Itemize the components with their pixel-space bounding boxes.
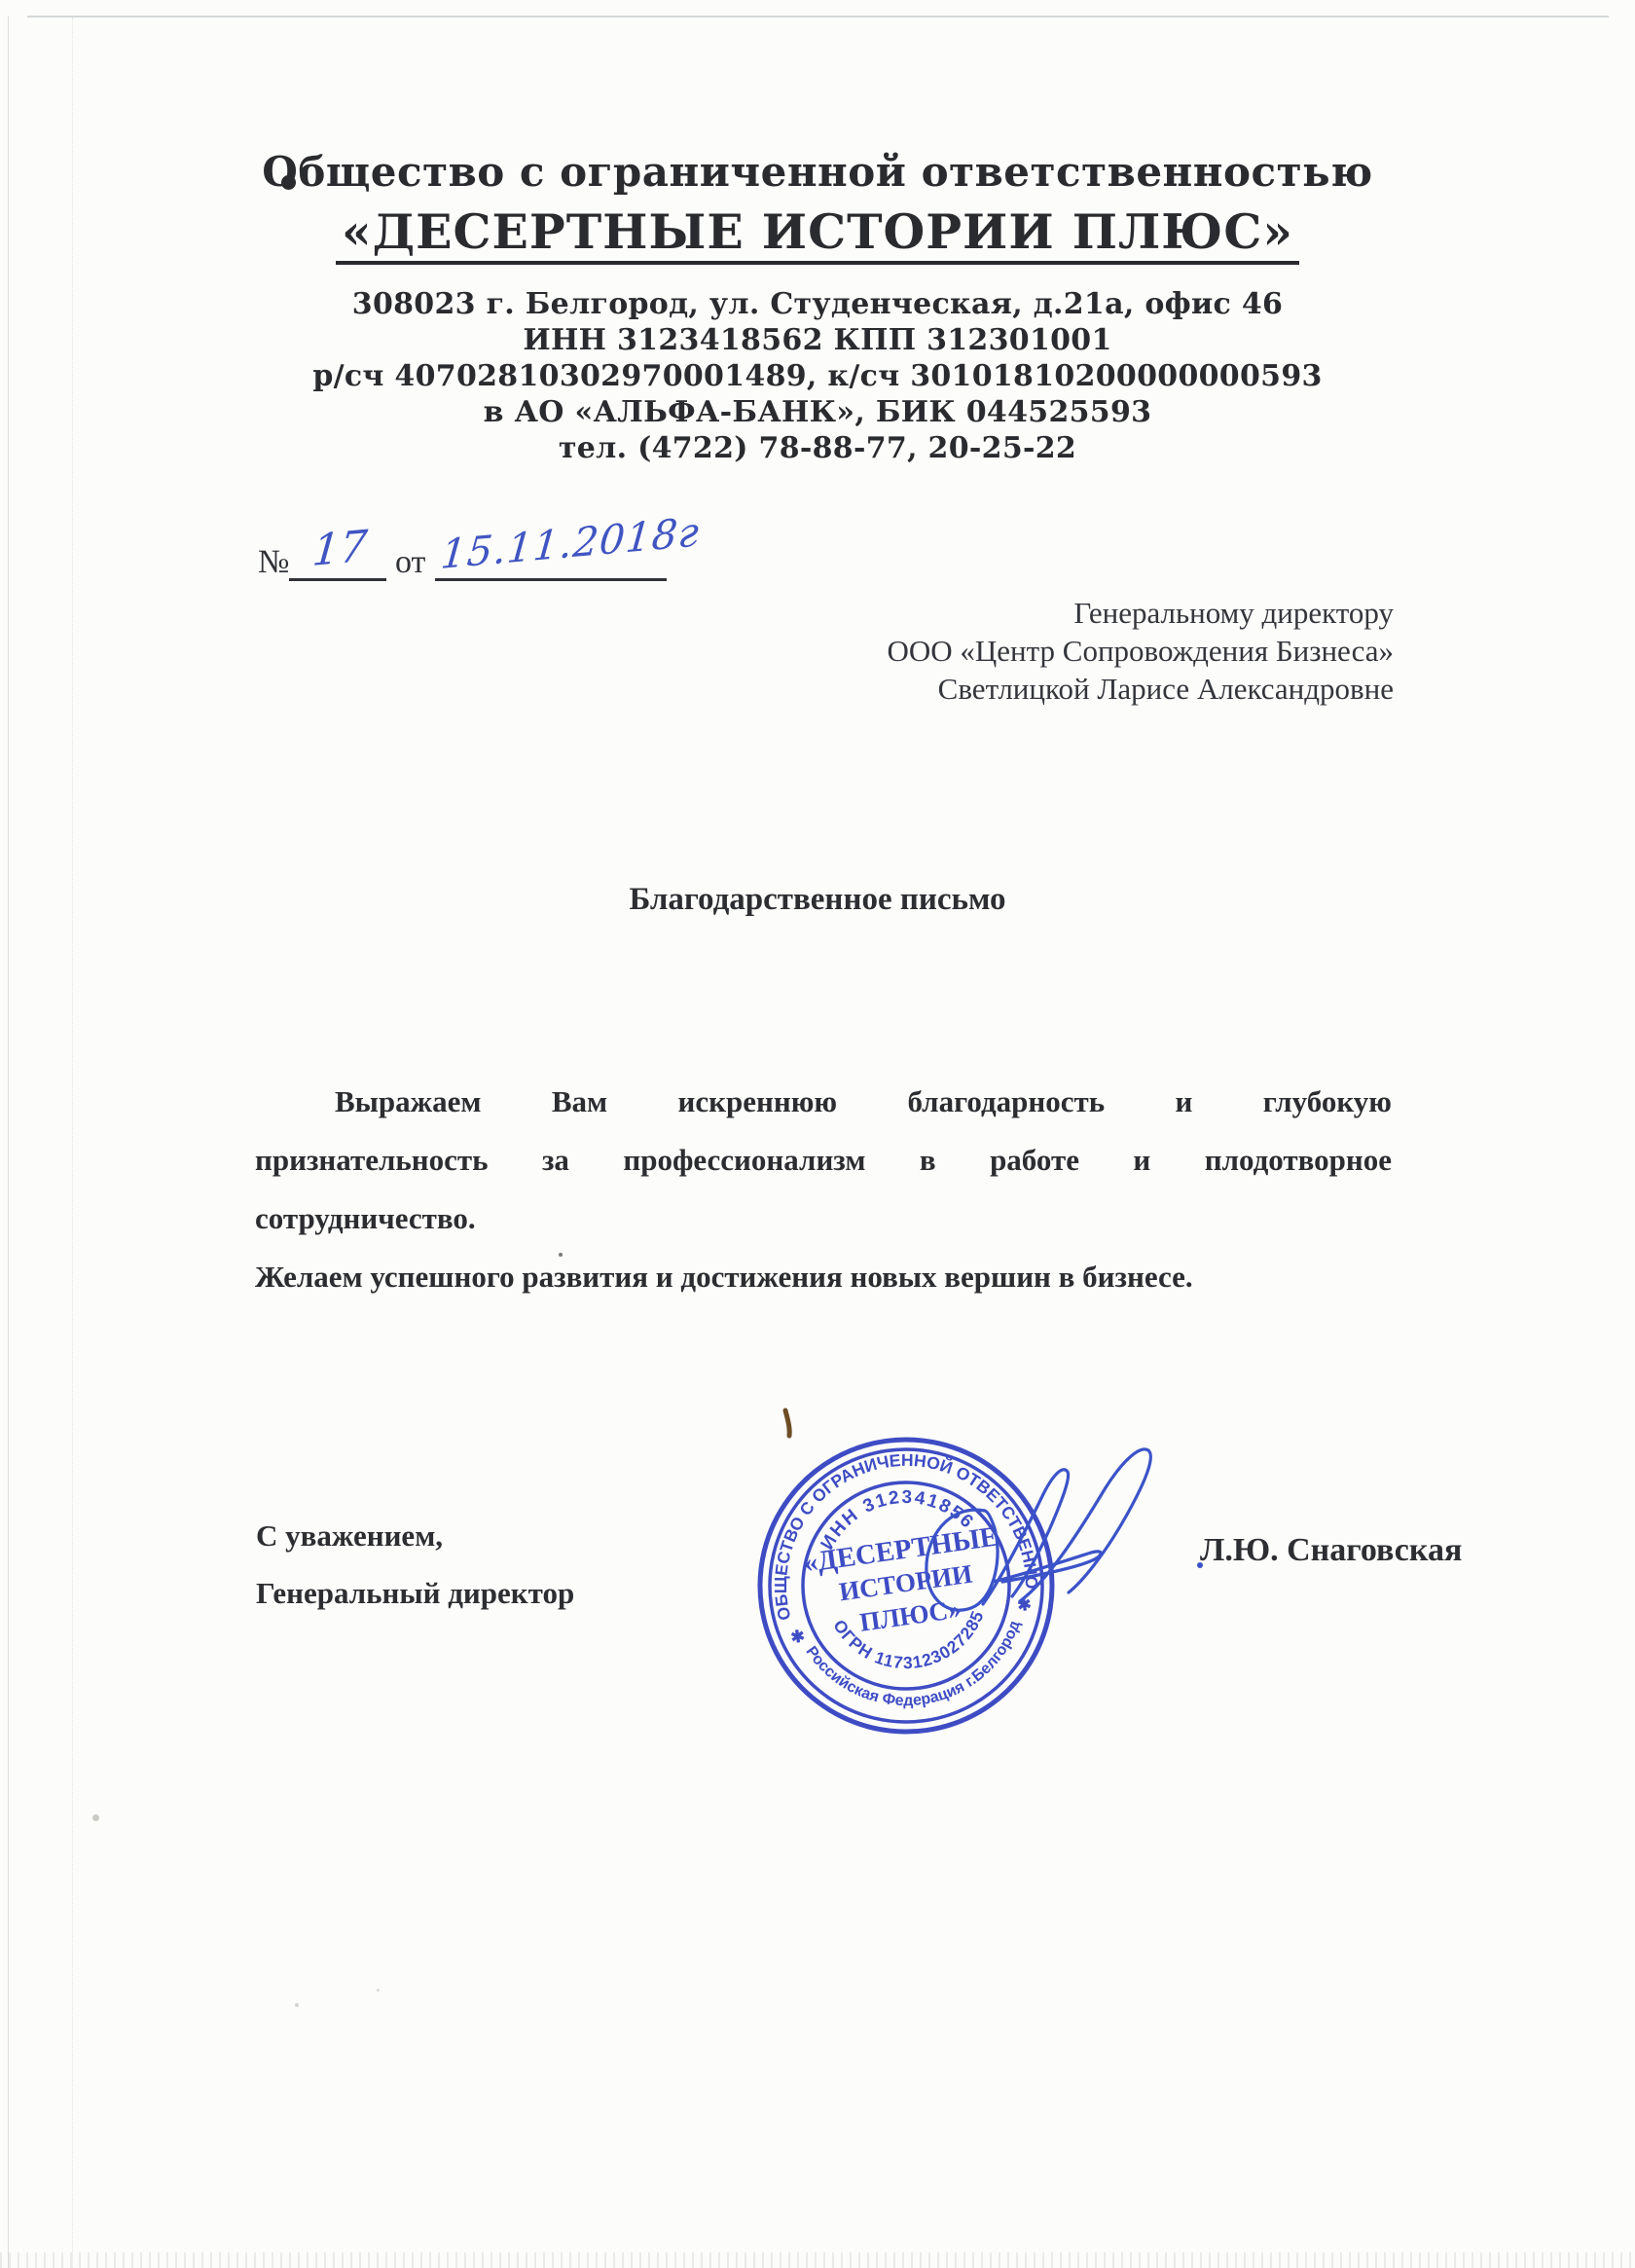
letterhead: Общество с ограниченной ответственностью… <box>0 148 1635 466</box>
org-type-line: Общество с ограниченной ответственностью <box>0 148 1635 197</box>
word: искреннюю <box>678 1082 838 1121</box>
reference-line: №17 от15.11.2018г <box>258 541 667 581</box>
handwritten-number: 17 <box>310 522 369 576</box>
speck-artifact <box>92 1814 99 1821</box>
pen-tick-artifact <box>785 1410 789 1436</box>
letterhead-inn-kpp: ИНН 3123418562 КПП 312301001 <box>0 322 1635 358</box>
number-label: № <box>258 544 289 580</box>
recipient-title: Генеральному директору <box>887 594 1394 632</box>
word: плодотворное <box>1205 1141 1392 1180</box>
scan-border-top <box>27 16 1609 18</box>
letterhead-bank: в АО «АЛЬФА-БАНК», БИК 044525593 <box>0 394 1635 430</box>
recipient-company: ООО «Центр Сопровождения Бизнеса» <box>887 632 1394 670</box>
word: и <box>1176 1082 1193 1121</box>
handwritten-date: 15.11.2018г <box>439 508 702 578</box>
date-blank: 15.11.2018г <box>435 541 667 581</box>
letter-subject: Благодарственное письмо <box>0 882 1635 918</box>
word: профессионализм <box>623 1141 865 1180</box>
body-line: признательностьзапрофессионализмвработеи… <box>255 1121 1392 1180</box>
org-name: «ДЕСЕРТНЫЕ ИСТОРИИ ПЛЮС» <box>336 204 1299 265</box>
letter-body: ВыражаемВамискреннююблагодарностьиглубок… <box>255 1063 1392 1297</box>
letterhead-accounts: р/сч 40702810302970001489, к/сч 30101810… <box>0 358 1635 394</box>
word: и <box>1133 1141 1150 1180</box>
scanned-letter-page: Общество с ограниченной ответственностью… <box>0 0 1635 2268</box>
word: признательность <box>255 1141 489 1180</box>
closing-salutation: С уважением, <box>256 1507 574 1564</box>
word: благодарность <box>907 1082 1105 1121</box>
letterhead-address: 308023 г. Белгород, ул. Студенческая, д.… <box>0 286 1635 322</box>
recipient-person: Светлицкой Ларисе Александровне <box>887 670 1394 708</box>
speck-artifact <box>295 2003 299 2007</box>
recipient-block: Генеральному директору ООО «Центр Сопров… <box>887 594 1394 708</box>
body-paragraph-2: Желаем успешного развития и достижения н… <box>255 1238 1392 1297</box>
body-line: ВыражаемВамискреннююблагодарностьиглубок… <box>255 1063 1392 1121</box>
signer-name: Л.Ю. Снаговская <box>1200 1532 1462 1569</box>
word: работе <box>990 1141 1079 1180</box>
closing-block: С уважением, Генеральный директор <box>256 1507 574 1622</box>
stamp-star-left: ✱ <box>789 1627 806 1647</box>
speck-artifact <box>377 1989 380 1992</box>
stamp-and-signature: ОБЩЕСТВО С ОГРАНИЧЕННОЙ ОТВЕТСТВЕННОСТЬЮ… <box>720 1348 1217 1757</box>
scan-noise-bottom-edge <box>0 2252 1635 2268</box>
word: в <box>920 1141 936 1180</box>
word: за <box>542 1141 569 1180</box>
word: Вам <box>552 1082 607 1121</box>
word: глубокую <box>1263 1082 1392 1121</box>
closing-title: Генеральный директор <box>256 1564 574 1622</box>
number-blank: 17 <box>289 541 386 581</box>
body-line: сотрудничество. <box>255 1180 1392 1238</box>
letterhead-details: 308023 г. Белгород, ул. Студенческая, д.… <box>0 286 1635 466</box>
org-name-wrap: «ДЕСЕРТНЫЕ ИСТОРИИ ПЛЮС» <box>0 204 1635 265</box>
date-label: от <box>395 544 425 580</box>
letterhead-phone: тел. (4722) 78-88-77, 20-25-22 <box>0 430 1635 466</box>
word: Выражаем <box>335 1082 481 1121</box>
